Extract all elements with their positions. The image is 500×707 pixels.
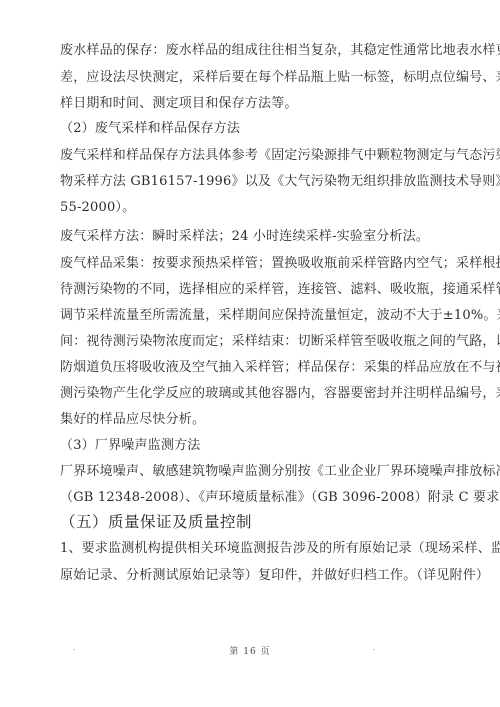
paragraph-noise-method-line-1: 厂界环境噪声、敏感建筑物噪声监测分别按《工业企业厂界环境噪声排放标准》 bbox=[60, 464, 462, 480]
document-page: 废水样品的保存：废水样品的组成往往相当复杂，其稳定性通常比地表水样更 差，应设法… bbox=[0, 0, 500, 707]
paragraph-exhaust-reference-line-1: 废气采样和样品保存方法具体参考《固定污染源排气中颗粒物测定与气态污染 bbox=[60, 148, 462, 164]
paragraph-wastewater-storage-line-3: 样日期和时间、测定项目和保存方法等。 bbox=[60, 96, 462, 112]
paragraph-exhaust-reference-line-2: 物采样方法 GB16157-1996》以及《大气污染物无组织排放监测技术导则》（… bbox=[60, 174, 462, 190]
paragraph-wastewater-storage-line-2: 差，应设法尽快测定，采样后要在每个样品瓶上贴一标签，标明点位编号、采 bbox=[60, 70, 462, 86]
subheading-exhaust-sampling: （2）废气采样和样品保存方法 bbox=[60, 121, 462, 137]
qa-item-1-line-2: 原始记录、分析测试原始记录等）复印件，并做好归档工作。（详见附件） bbox=[60, 568, 462, 584]
paragraph-exhaust-method: 废气采样方法：瞬时采样法；24 小时连续采样-实验室分析法。 bbox=[60, 229, 462, 245]
paragraph-noise-method-line-2: （GB 12348-2008）、《声环境质量标准》（GB 3096-2008）附… bbox=[60, 490, 462, 506]
paragraph-exhaust-collection-line-3: 调节采样流量至所需流量，采样期间应保持流量恒定，波动不大于±10%。采样时 bbox=[60, 308, 462, 324]
section-heading-quality-assurance: （五）质量保证及质量控制 bbox=[60, 513, 252, 531]
paragraph-wastewater-storage-line-1: 废水样品的保存：废水样品的组成往往相当复杂，其稳定性通常比地表水样更 bbox=[60, 43, 462, 59]
paragraph-exhaust-collection-line-2: 待测污染物的不同，选择相应的采样管，连接管、滤料、吸收瓶，接通采样管路， bbox=[60, 282, 462, 298]
paragraph-exhaust-collection-line-5: 防烟道负压将吸收液及空气抽入采样管；样品保存：采集的样品应放在不与被 bbox=[60, 360, 462, 376]
qa-item-1-line-1: 1、要求监测机构提供相关环境监测报告涉及的所有原始记录（现场采样、监测 bbox=[60, 541, 462, 557]
paragraph-exhaust-reference-line-3: 55-2000）。 bbox=[60, 200, 462, 216]
subheading-noise-monitoring: （3）厂界噪声监测方法 bbox=[60, 438, 462, 454]
page-number: 第 16 页 bbox=[0, 644, 500, 657]
paragraph-exhaust-collection-line-4: 间：视待测污染物浓度而定；采样结束：切断采样管至吸收瓶之间的气路，以 bbox=[60, 334, 462, 350]
paragraph-exhaust-collection-line-1: 废气样品采集：按要求预热采样管；置换吸收瓶前采样管路内空气；采样根据 bbox=[60, 256, 462, 272]
paragraph-exhaust-collection-line-7: 集好的样品应尽快分析。 bbox=[60, 412, 462, 428]
paragraph-exhaust-collection-line-6: 测污染物产生化学反应的玻璃或其他容器内，容器要密封并注明样品编号，采 bbox=[60, 386, 462, 402]
footer-right-mark: - bbox=[373, 646, 375, 654]
